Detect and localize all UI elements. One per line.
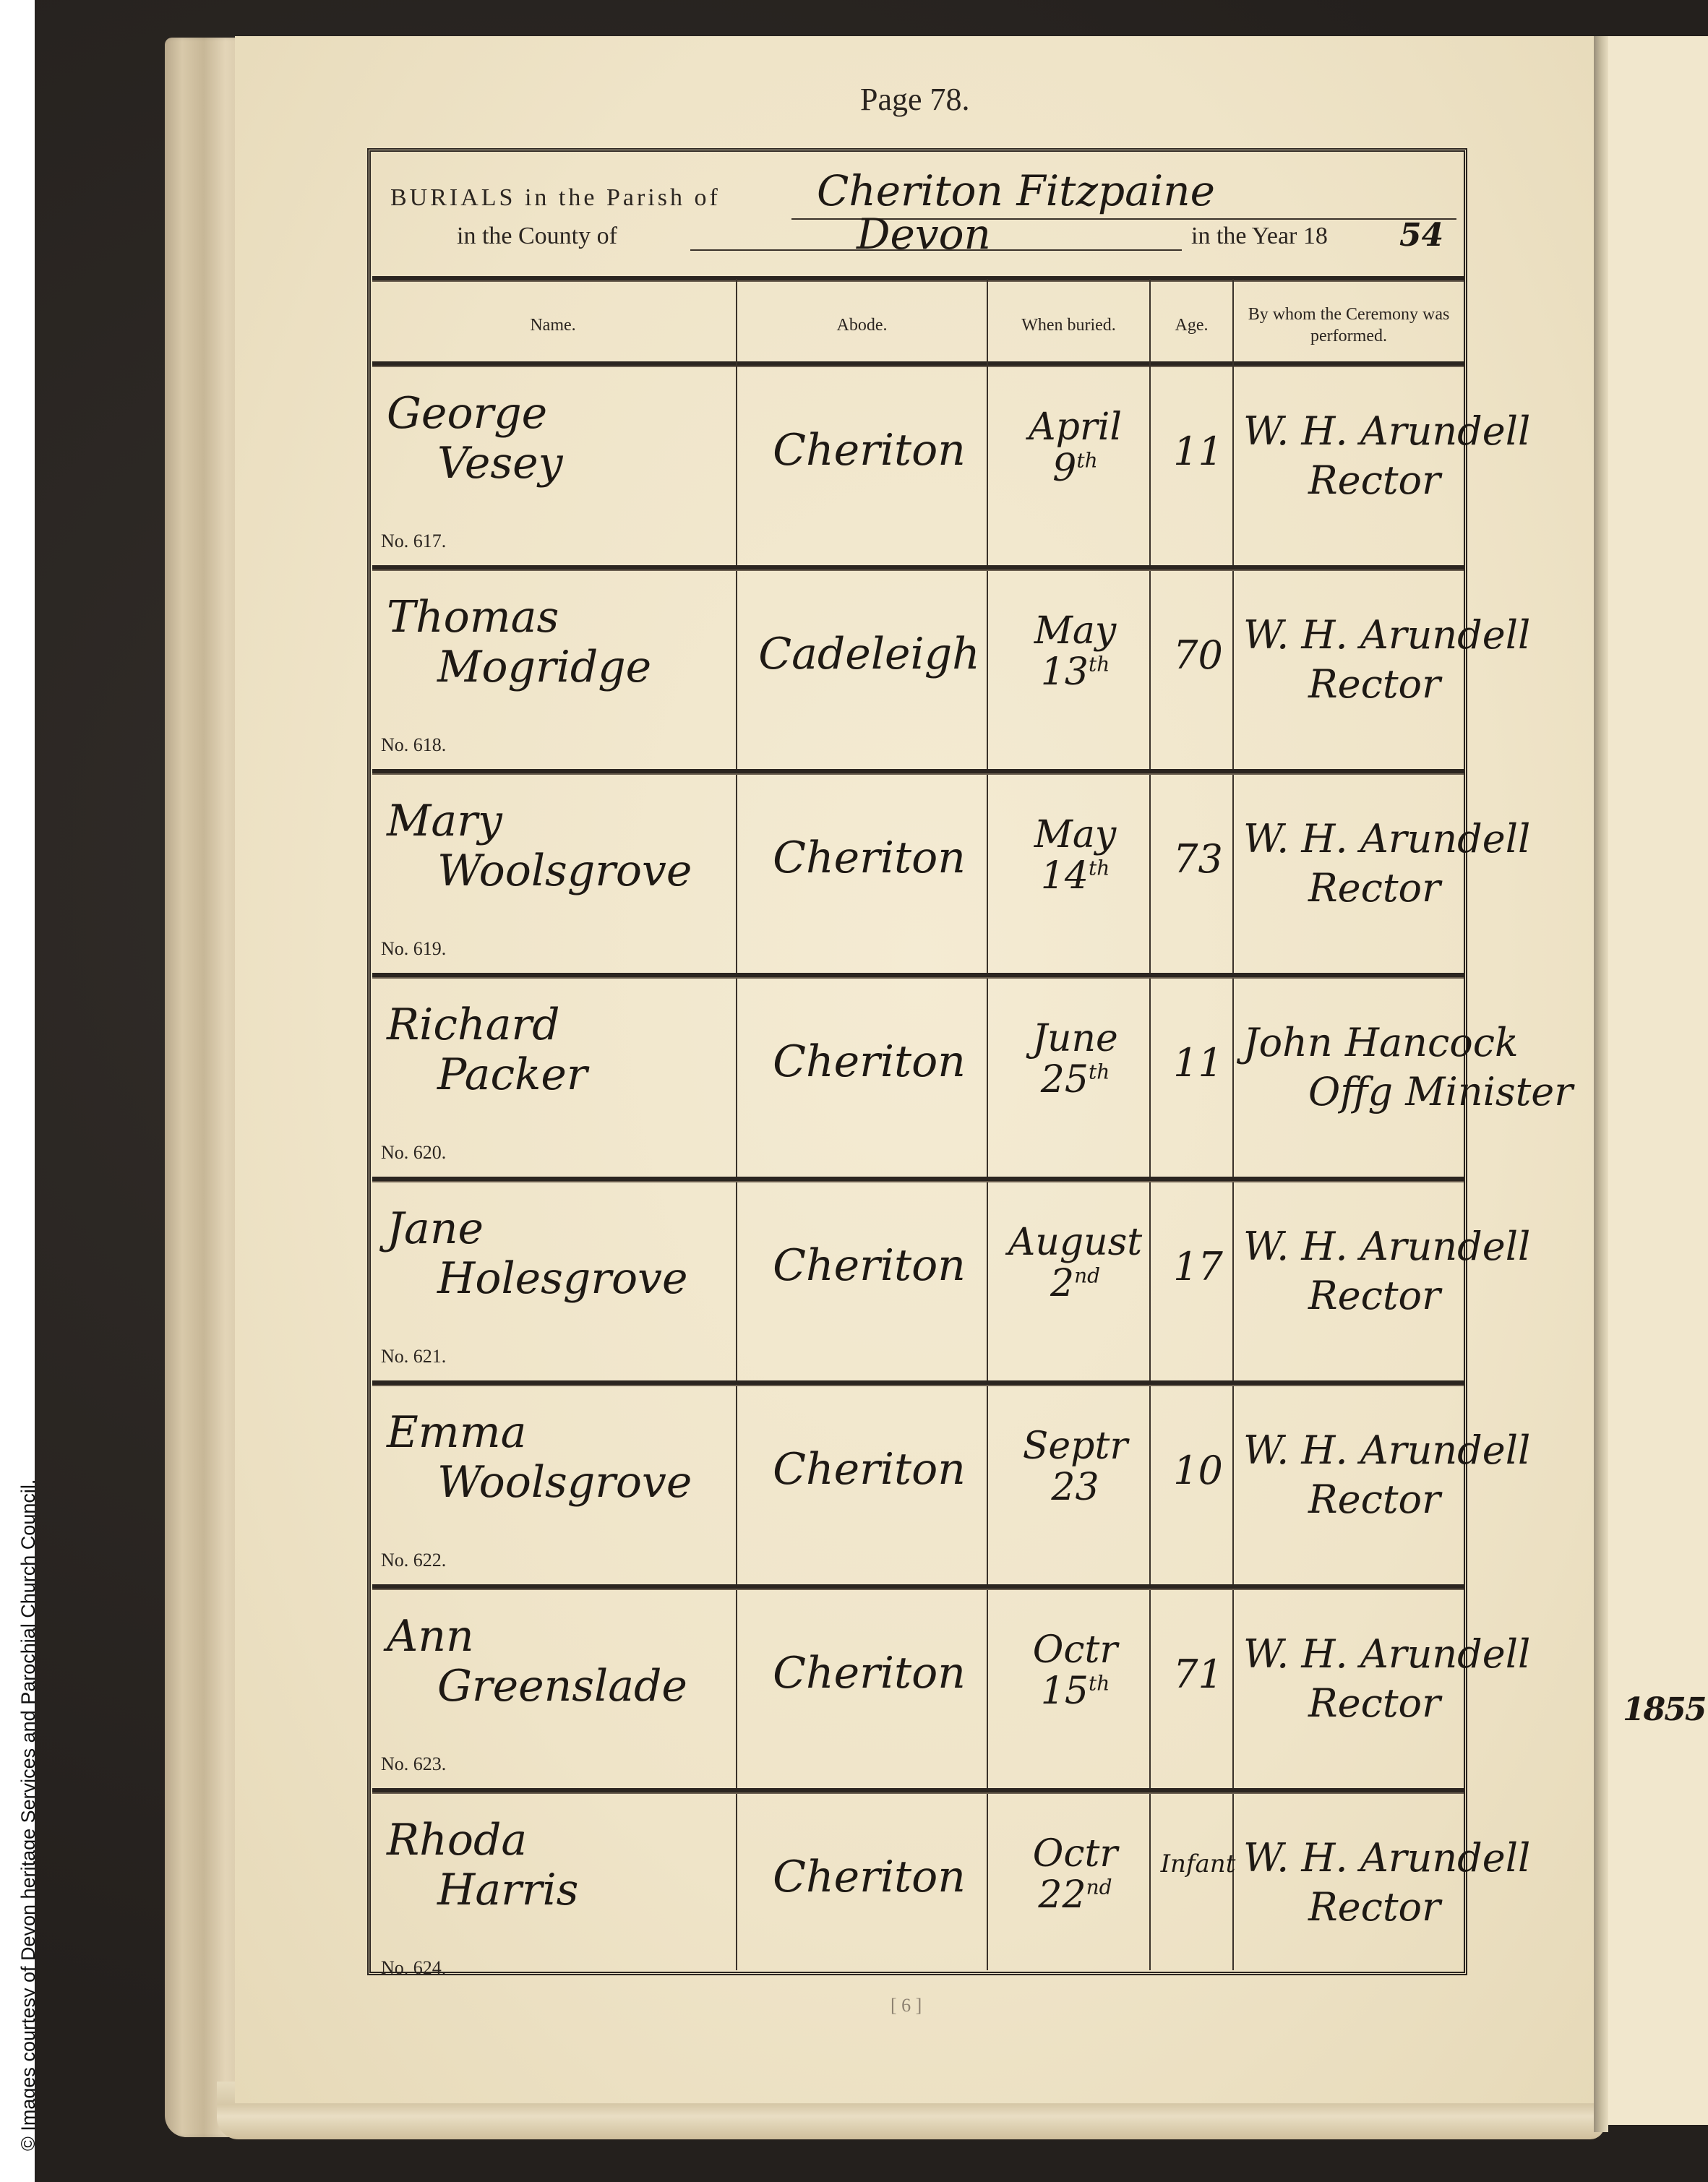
burial-day: 22 (1038, 1873, 1086, 1917)
entry-name: RhodaHarris (387, 1816, 734, 1915)
burial-day: 15 (1041, 1670, 1089, 1713)
burial-day-suffix: nd (1074, 1264, 1100, 1288)
credit-strip: © Images courtesy of Devon heritage Serv… (0, 0, 35, 2182)
first-name: Mary (387, 796, 502, 846)
entry-when-buried: May14th (994, 815, 1156, 897)
column-header-name: Name. (372, 289, 734, 361)
entry-officiant: W. H. ArundellRector (1243, 1222, 1648, 1320)
entry-when-buried: May13th (994, 611, 1156, 693)
surname: Woolsgrove (387, 846, 734, 896)
officiant-title: Rector (1243, 456, 1648, 505)
officiant-name: John Hancock (1243, 1020, 1519, 1065)
row-rule (372, 769, 1464, 775)
officiant-title: Rector (1243, 660, 1648, 709)
entry-name: ThomasMogridge (387, 593, 734, 692)
burial-day: 14 (1041, 854, 1089, 898)
entry-officiant: John HancockOffg Minister (1243, 1018, 1648, 1116)
surname: Mogridge (387, 643, 734, 692)
burial-entry-618: ThomasMogridge No. 618. Cadeleigh May13t… (372, 571, 1464, 773)
burial-month: April (1029, 405, 1122, 449)
parish-label: BURIALS in the Parish of (390, 184, 721, 212)
entry-abode: Cheriton (744, 1852, 994, 1902)
entry-abode: Cheriton (744, 425, 994, 476)
entry-when-buried: April9th (994, 407, 1156, 489)
entry-name: RichardPacker (387, 1000, 734, 1100)
entry-age: 11 (1156, 432, 1240, 471)
officiant-title: Rector (1243, 864, 1648, 913)
column-header-rule (372, 361, 1464, 367)
entry-abode: Cheriton (744, 1036, 994, 1087)
column-header-age: Age. (1151, 289, 1232, 361)
burial-day-suffix: th (1089, 1672, 1110, 1696)
entry-age: 71 (1156, 1655, 1240, 1694)
surname: Harris (387, 1865, 734, 1915)
entry-when-buried: Octr22nd (994, 1834, 1156, 1916)
burial-day: 13 (1041, 650, 1089, 694)
faint-page-mark: [ 6 ] (891, 1995, 922, 2016)
year-value: 54 (1399, 217, 1443, 254)
entry-age: 70 (1156, 636, 1240, 675)
burial-entry-620: RichardPacker No. 620. Cheriton June25th… (372, 979, 1464, 1181)
entry-age: 17 (1156, 1247, 1240, 1287)
burial-month: Octr (1033, 1832, 1118, 1876)
entry-name: GeorgeVesey (387, 389, 734, 489)
column-header-when-buried: When buried. (988, 289, 1149, 361)
burial-day: 2 (1050, 1262, 1074, 1305)
officiant-name: W. H. Arundell (1243, 1835, 1530, 1881)
surname: Woolsgrove (387, 1458, 734, 1508)
entry-number: No. 617. (381, 531, 446, 552)
first-name: Thomas (387, 592, 559, 643)
officiant-name: W. H. Arundell (1243, 1631, 1530, 1677)
entry-age: 11 (1156, 1044, 1240, 1083)
burial-month: Octr (1033, 1628, 1118, 1672)
burial-entry-623: AnnGreenslade No. 623. Cheriton Octr15th… (372, 1590, 1464, 1792)
entry-abode: Cheriton (744, 1444, 994, 1495)
entry-when-buried: Septr23 (994, 1426, 1156, 1508)
burial-entry-619: MaryWoolsgrove No. 619. Cheriton May14th… (372, 775, 1464, 977)
entry-name: MaryWoolsgrove (387, 796, 734, 896)
entry-name: EmmaWoolsgrove (387, 1408, 734, 1508)
first-name: Jane (387, 1203, 484, 1254)
entry-number: No. 623. (381, 1753, 446, 1775)
entry-number: No. 621. (381, 1346, 446, 1367)
year-label: in the Year 18 (1191, 223, 1328, 250)
officiant-name: W. H. Arundell (1243, 408, 1530, 454)
burial-day-suffix: th (1089, 856, 1110, 880)
entry-abode: Cadeleigh (744, 629, 994, 679)
burial-month: August (1008, 1221, 1142, 1264)
entry-age: Infant (1156, 1852, 1240, 1876)
burial-day: 23 (1051, 1466, 1099, 1509)
entry-abode: Cheriton (744, 833, 994, 883)
burial-day-suffix: nd (1086, 1876, 1112, 1899)
entry-when-buried: June25th (994, 1018, 1156, 1101)
county-value: Devon (857, 210, 991, 259)
surname: Greenslade (387, 1662, 734, 1711)
entry-when-buried: August2nd (994, 1222, 1156, 1305)
officiant-name: W. H. Arundell (1243, 1427, 1530, 1473)
burial-day: 25 (1041, 1058, 1089, 1101)
officiant-title: Rector (1243, 1475, 1648, 1524)
burial-month: June (1032, 1017, 1118, 1060)
first-name: Richard (387, 1000, 559, 1050)
entry-officiant: W. H. ArundellRector (1243, 611, 1648, 708)
officiant-title: Rector (1243, 1271, 1648, 1320)
entry-officiant: W. H. ArundellRector (1243, 815, 1648, 912)
first-name: George (387, 388, 547, 439)
entry-officiant: W. H. ArundellRector (1243, 1630, 1648, 1727)
entry-age: 10 (1156, 1451, 1240, 1490)
entry-name: AnnGreenslade (387, 1612, 734, 1711)
entry-age: 73 (1156, 840, 1240, 879)
county-label: in the County of (457, 223, 617, 250)
entry-name: JaneHolesgrove (387, 1204, 734, 1304)
burial-day: 9 (1052, 447, 1076, 490)
officiant-title: Rector (1243, 1679, 1648, 1728)
surname: Packer (387, 1050, 734, 1100)
row-rule (372, 1380, 1464, 1386)
entry-officiant: W. H. ArundellRector (1243, 1834, 1648, 1931)
burial-day-suffix: th (1089, 653, 1110, 676)
burial-entry-622: EmmaWoolsgrove No. 622. Cheriton Septr23… (372, 1386, 1464, 1589)
first-name: Rhoda (387, 1815, 527, 1865)
row-rule (372, 565, 1464, 571)
entry-officiant: W. H. ArundellRector (1243, 407, 1648, 504)
entry-number: No. 619. (381, 938, 446, 960)
officiant-name: W. H. Arundell (1243, 816, 1530, 862)
surname: Holesgrove (387, 1254, 734, 1304)
surname: Vesey (387, 439, 734, 489)
first-name: Emma (387, 1407, 526, 1458)
entry-number: No. 622. (381, 1550, 446, 1571)
parish-value: Cheriton Fitzpaine (817, 166, 1215, 215)
burial-entry-621: JaneHolesgrove No. 621. Cheriton August2… (372, 1182, 1464, 1385)
entry-officiant: W. H. ArundellRector (1243, 1426, 1648, 1524)
row-rule (372, 1584, 1464, 1590)
header-rule (372, 276, 1464, 282)
page-number: Page 78. (860, 81, 970, 118)
burial-entry-617: GeorgeVesey No. 617. Cheriton April9th 1… (372, 367, 1464, 570)
officiant-name: W. H. Arundell (1243, 1224, 1530, 1269)
officiant-name: W. H. Arundell (1243, 612, 1530, 658)
entry-number: No. 620. (381, 1142, 446, 1164)
burial-month: May (1034, 609, 1117, 653)
row-rule (372, 1177, 1464, 1182)
row-rule (372, 1788, 1464, 1794)
entry-abode: Cheriton (744, 1648, 994, 1698)
first-name: Ann (387, 1611, 474, 1662)
entry-number: No. 624. (381, 1957, 446, 1979)
burial-month: May (1034, 813, 1117, 856)
burial-day-suffix: th (1076, 449, 1097, 473)
officiant-title: Rector (1243, 1883, 1648, 1932)
burial-entry-624: RhodaHarris No. 624. Cheriton Octr22nd I… (372, 1794, 1464, 1996)
entry-abode: Cheriton (744, 1240, 994, 1291)
burial-day-suffix: th (1089, 1060, 1110, 1084)
officiant-title: Offg Minister (1243, 1068, 1648, 1117)
entry-when-buried: Octr15th (994, 1630, 1156, 1712)
row-rule (372, 973, 1464, 979)
entry-number: No. 618. (381, 734, 446, 756)
burial-month: Septr (1023, 1425, 1128, 1468)
column-header-by-whom: By whom the Ceremony was performed. (1234, 289, 1464, 361)
column-header-abode: Abode. (737, 289, 987, 361)
